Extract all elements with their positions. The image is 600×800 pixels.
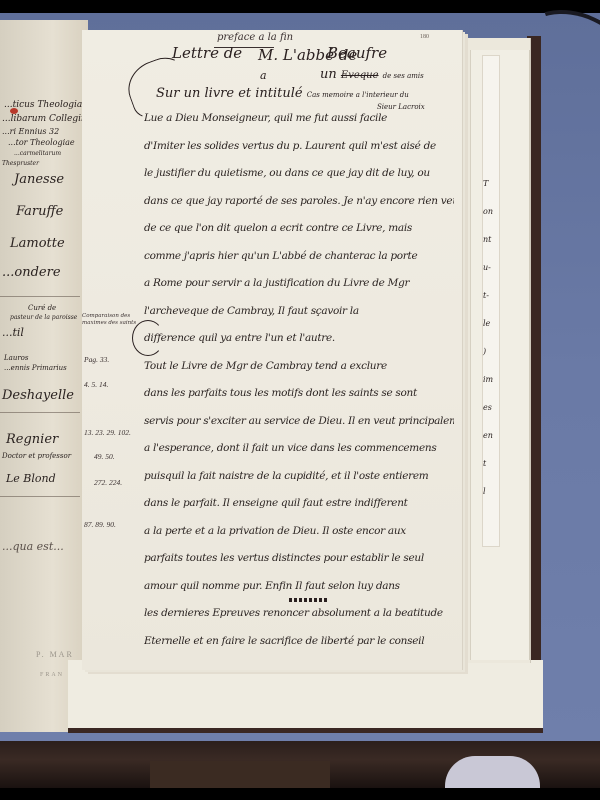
edge-text: en (483, 432, 499, 460)
edge-text: u- (483, 264, 499, 292)
initial-letter-flourish (132, 320, 164, 356)
margin-reference: 49. 50. (94, 452, 115, 461)
margin-reference: Pag. 33. (84, 355, 109, 364)
edge-text: nt (483, 236, 499, 264)
edge-text: le (483, 320, 499, 348)
signature-line: ...ondere (2, 265, 61, 280)
margin-reference: 272. 224. (94, 478, 122, 487)
signature-line: ...libarum Collegii (2, 114, 84, 124)
edge-text: l (483, 488, 499, 516)
text-line: a la perte et a la privation de Dieu. Il… (144, 525, 454, 553)
text-line: Eternelle et en faire le sacrifice de li… (144, 635, 454, 663)
text-line: Lue a Dieu Monseigneur, quil me fut auss… (144, 112, 454, 140)
end-ornament (289, 598, 327, 602)
inserted-words: de ses amis (383, 72, 424, 80)
inserted-words: Cas memoire a l'interieur du (307, 91, 409, 99)
signature-line: Regnier (6, 432, 58, 447)
rule (0, 412, 80, 413)
edge-text: T (483, 180, 499, 208)
floor-object (150, 761, 330, 788)
text-line: dans le parfait. Il enseigne quil faut e… (144, 497, 454, 525)
signature-line: ...ennis Primarius (4, 364, 67, 372)
binding-board-bottom (68, 660, 543, 733)
text-line: les dernieres Epreuves renoncer absolume… (144, 607, 454, 635)
text-line: Tout le Livre de Mgr de Cambray tend a e… (144, 360, 454, 388)
subtitle-a: a (260, 69, 267, 82)
subtitle-line-2: Sur un livre et intitulé Cas memoire a l… (156, 86, 409, 101)
subtitle-word: un (320, 67, 337, 82)
signature-line: ...ri Ennius 32 (2, 127, 59, 136)
signature-line: Thespruster (2, 160, 39, 167)
text-line: comme j'apris hier qu'un L'abbé de chant… (144, 250, 454, 278)
text-line: amour quil nomme pur. Enfin Il faut selo… (144, 580, 454, 608)
edge-text: t- (483, 292, 499, 320)
printed-label: P. MAR (36, 650, 74, 659)
title-annotation: preface a la fin (217, 32, 293, 43)
text-line: de ce que l'on dit quelon a ecrit contre… (144, 222, 454, 250)
signature-line: Janesse (14, 172, 64, 187)
margin-reference: 13. 23. 29. 102. (84, 428, 131, 437)
top-black-band (0, 0, 600, 13)
text-line: dans les parfaits tous les motifs dont l… (144, 387, 454, 415)
text-line: puisquil la fait naistre de la cupidité,… (144, 470, 454, 498)
edge-text: es (483, 404, 499, 432)
left-page: ...ticus Theologiae ...libarum Collegii … (0, 20, 88, 732)
text-line: parfaits toutes les vertus distinctes po… (144, 552, 454, 580)
page-number: 180 (420, 34, 429, 40)
subtitle-text: Sur un livre et intitulé (156, 86, 303, 101)
text-line: dans ce que jay raporté de ses paroles. … (144, 195, 454, 223)
struck-word: Eveque (341, 70, 379, 81)
edge-text: ) (483, 348, 499, 376)
floor-area (0, 741, 600, 788)
signature-line: pasteur de la paroisse (10, 314, 77, 321)
text-line: a l'esperance, dont il fait un vice dans… (144, 442, 454, 470)
signature-line: Deshayelle (2, 388, 74, 403)
signature-line: Curé de (28, 304, 56, 312)
edge-text: im (483, 376, 499, 404)
text-line: l'archeveque de Cambray, Il faut sçavoir… (144, 305, 454, 333)
inserted-leaf (470, 50, 530, 660)
signature-line: ...carmelitarum (14, 150, 61, 157)
subtitle-line-3: Sieur Lacroix (377, 103, 425, 111)
manuscript-page: 180 preface a la fin Lettre de M. L'abbé… (82, 30, 462, 670)
white-cloth (445, 756, 540, 788)
edge-text: on (483, 208, 499, 236)
title-part: Lettre de (172, 44, 242, 62)
signature-line: ...tor Theologiae (8, 138, 75, 147)
signature-line: Le Blond (6, 472, 56, 485)
text-line: difference quil ya entre l'un et l'autre… (144, 332, 454, 360)
rule (0, 496, 80, 497)
signature-line: ...til (2, 326, 24, 339)
bottom-black-band (0, 788, 600, 800)
rule (0, 296, 80, 297)
signature-line: Lauros (4, 354, 28, 362)
margin-reference: 4. 5. 14. (84, 380, 108, 389)
title-part: Beaufre (327, 44, 387, 62)
signature-line: ...qua est... (2, 540, 64, 553)
signature-line: Lamotte (10, 236, 65, 251)
text-line: d'Imiter les solides vertus du p. Lauren… (144, 140, 454, 168)
margin-reference: 87. 89. 90. (84, 520, 116, 529)
signature-line: Doctor et professor (2, 452, 71, 460)
signature-line: Faruffe (16, 204, 63, 219)
text-line: servis pour s'exciter au service de Dieu… (144, 415, 454, 443)
inserted-leaf-text: T on nt u- t- le ) im es en t l (483, 180, 499, 516)
letter-body: Lue a Dieu Monseigneur, quil me fut auss… (144, 112, 454, 662)
red-wax-seal (10, 108, 18, 114)
text-line: le justifier du quietisme, ou dans ce qu… (144, 167, 454, 195)
text-line: a Rome pour servir a la justification du… (144, 277, 454, 305)
edge-text: t (483, 460, 499, 488)
printed-label: FRAN (40, 672, 64, 678)
subtitle-line-1: un Eveque de ses amis (320, 67, 424, 82)
